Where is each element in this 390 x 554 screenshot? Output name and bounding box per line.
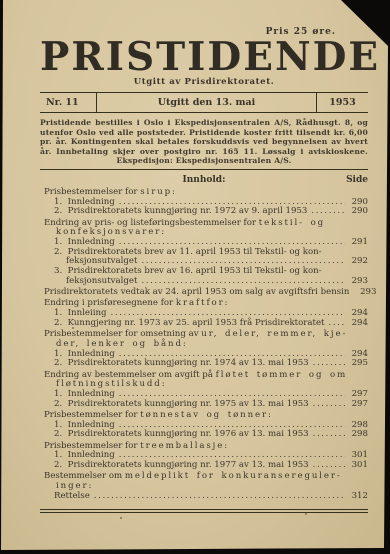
toc-page-number: 291	[348, 238, 368, 248]
dot-leader	[329, 319, 345, 329]
toc-page-number: 298	[348, 430, 368, 440]
toc-entry: 2. Prisdirektoratets kunngjøring nr. 197…	[40, 359, 368, 369]
toc-entry-text: 2. Kunngjering nr. 1973 av 25. april 195…	[54, 319, 325, 329]
toc-entry-text: 2. Prisdirektoratets kunngjøring nr. 197…	[54, 359, 309, 369]
toc-entry: 2. Prisdirektoratets kunngjøring nr. 197…	[40, 207, 368, 217]
dot-leader	[94, 492, 345, 502]
toc-entry-text: Rettelse	[54, 492, 90, 502]
toc-page-number: 292	[348, 257, 368, 267]
toc-entry: 2. Prisdirektoratets kunngjøring nr. 197…	[40, 430, 368, 440]
journal-title: PRISTIDENDE	[40, 38, 368, 76]
paper-speck	[72, 327, 74, 329]
toc-list: Prisbestemmelser for sirup:1. Innledning…	[40, 188, 368, 502]
horizontal-rule	[40, 169, 368, 170]
toc-entry: Prisdirektoratets vedtak av 24. april 19…	[40, 288, 368, 298]
issue-year: 1953	[317, 93, 368, 112]
toc-entry: Rettelse312	[40, 492, 368, 502]
toc-page-number: 294	[348, 319, 368, 329]
toc-entry-text: Prisdirektoratets vedtak av 24. april 19…	[44, 288, 349, 298]
toc-page-number: 297	[348, 400, 368, 410]
toc-entry: 2. Kunngjering nr. 1973 av 25. april 195…	[40, 319, 368, 329]
toc-page-number: 293	[348, 277, 368, 287]
toc-page-number: 290	[348, 207, 368, 217]
toc-entry-text: 2. Prisdirektoratets kunngjøring nr. 197…	[54, 207, 307, 217]
dot-leader	[313, 359, 345, 369]
subscription-note: Pristidende bestilles i Oslo i Ekspedisj…	[40, 118, 368, 166]
toc-page-number: 301	[348, 461, 368, 471]
dot-leader	[141, 277, 345, 287]
toc-entry-text: 2. Prisdirektoratets kunngjøring nr. 197…	[54, 430, 309, 440]
issue-info-bar: Nr. 11 Utgitt den 13. mai 1953	[40, 92, 368, 113]
paper-speck	[305, 513, 307, 515]
toc-entry: 2. Prisdirektoratets kunngjøring nr. 197…	[40, 400, 368, 410]
toc-entry-text: feksjonsutvalget	[66, 277, 137, 287]
toc-page-number: 293	[356, 288, 376, 298]
dot-leader	[313, 400, 345, 410]
toc-heading: Innhold:	[40, 175, 368, 185]
toc-entry: 2. Prisdirektoratets kunngjøring nr. 197…	[40, 461, 368, 471]
issue-number: Nr. 11	[40, 93, 97, 112]
toc-page-number: 312	[348, 492, 368, 502]
dot-leader	[313, 461, 345, 471]
scanned-page-stage: Pris 25 øre. PRISTIDENDE Utgitt av Prisd…	[0, 0, 390, 554]
toc-entry-text: 2. Prisdirektoratets kunngjøring nr. 197…	[54, 400, 309, 410]
dot-leader	[313, 430, 345, 440]
paper-speck	[120, 517, 122, 519]
toc-header-row: Innhold: Side	[40, 175, 368, 186]
dot-leader	[311, 207, 345, 217]
toc-entry-text: 2. Prisdirektoratets kunngjøring nr. 197…	[54, 461, 309, 471]
toc-page-number: 295	[348, 359, 368, 369]
issue-date: Utgitt den 13. mai	[97, 93, 317, 112]
toc-entry: feksjonsutvalget293	[40, 277, 368, 287]
journal-front-page: Pris 25 øre. PRISTIDENDE Utgitt av Prisd…	[0, 0, 390, 554]
page-content: Pris 25 øre. PRISTIDENDE Utgitt av Prisd…	[40, 0, 368, 513]
double-rule	[40, 509, 368, 513]
page-column-label: Side	[346, 175, 368, 185]
